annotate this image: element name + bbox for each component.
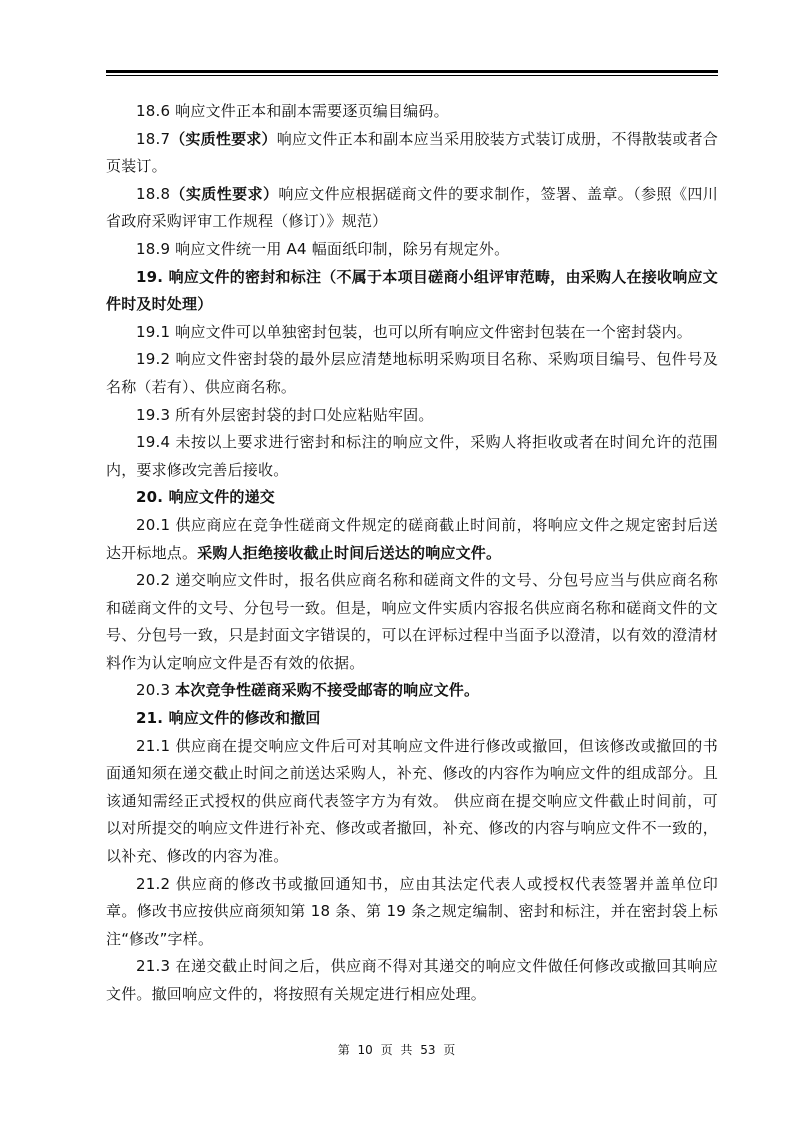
substantive-requirement-label: （实质性要求） [170,130,277,148]
clause-19-3: 19.3 所有外层密封袋的封口处应粘贴牢固。 [106,402,718,430]
clause-18-7: 18.7（实质性要求）响应文件正本和副本应当采用胶装方式装订成册，不得散装或者合… [106,126,718,181]
section-heading-21: 21. 响应文件的修改和撤回 [106,705,718,733]
clause-text: 19.3 所有外层密封袋的封口处应粘贴牢固。 [136,406,434,424]
clause-21-1: 21.1 供应商在提交响应文件后可对其响应文件进行修改或撤回，但该修改或撤回的书… [106,733,718,871]
clause-number: 18.7 [136,130,170,148]
clause-20-3: 20.3 本次竞争性磋商采购不接受邮寄的响应文件。 [106,677,718,705]
clause-number: 18.8 [136,185,170,203]
clause-text: 21.3 在递交截止时间之后，供应商不得对其递交的响应文件做任何修改或撤回其响应… [106,957,718,1003]
heading-text: 19. 响应文件的密封和标注（不属于本项目磋商小组评审范畴，由采购人在接收响应文… [106,268,718,314]
heading-text: 21. 响应文件的修改和撤回 [136,709,321,727]
clause-text: 18.9 响应文件统一用 A4 幅面纸印制，除另有规定外。 [136,240,509,258]
clause-emphasis: 本次竞争性磋商采购不接受邮寄的响应文件。 [175,681,479,699]
header-rule-thin [106,75,718,76]
section-heading-19: 19. 响应文件的密封和标注（不属于本项目磋商小组评审范畴，由采购人在接收响应文… [106,264,718,319]
page-footer: 第 10 页 共 53 页 [0,1041,793,1058]
substantive-requirement-label: （实质性要求） [170,185,278,203]
clause-20-2: 20.2 递交响应文件时，报名供应商名称和磋商文件的文号、分包号应当与供应商名称… [106,567,718,677]
clause-text: 21.1 供应商在提交响应文件后可对其响应文件进行修改或撤回，但该修改或撤回的书… [106,737,718,865]
clause-18-8: 18.8（实质性要求）响应文件应根据磋商文件的要求制作，签署、盖章。（参照《四川… [106,181,718,236]
clause-text: 19.2 响应文件密封袋的最外层应清楚地标明采购项目名称、采购项目编号、包件号及… [106,350,718,396]
clause-18-6: 18.6 响应文件正本和副本需要逐页编目编码。 [106,98,718,126]
clause-21-3: 21.3 在递交截止时间之后，供应商不得对其递交的响应文件做任何修改或撤回其响应… [106,953,718,1008]
clause-number: 20.3 [136,681,175,699]
clause-text: 18.6 响应文件正本和副本需要逐页编目编码。 [136,102,449,120]
clause-text: 21.2 供应商的修改书或撤回通知书，应由其法定代表人或授权代表签署并盖单位印章… [106,875,718,948]
page-number: 第 10 页 共 53 页 [338,1043,456,1057]
clause-19-1: 19.1 响应文件可以单独密封包装，也可以所有响应文件密封包装在一个密封袋内。 [106,319,718,347]
clause-emphasis: 采购人拒绝接收截止时间后送达的响应文件。 [197,544,501,562]
clause-text: 19.1 响应文件可以单独密封包装，也可以所有响应文件密封包装在一个密封袋内。 [136,323,692,341]
clause-20-1: 20.1 供应商应在竞争性磋商文件规定的磋商截止时间前，将响应文件之规定密封后送… [106,512,718,567]
heading-text: 20. 响应文件的递交 [136,488,275,506]
document-body: 18.6 响应文件正本和副本需要逐页编目编码。 18.7（实质性要求）响应文件正… [106,98,718,1009]
clause-text: 20.2 递交响应文件时，报名供应商名称和磋商文件的文号、分包号应当与供应商名称… [106,571,718,672]
clause-text: 19.4 未按以上要求进行密封和标注的响应文件，采购人将拒收或者在时间允许的范围… [106,433,718,479]
header-double-rule [106,70,718,76]
clause-18-9: 18.9 响应文件统一用 A4 幅面纸印制，除另有规定外。 [106,236,718,264]
section-heading-20: 20. 响应文件的递交 [106,484,718,512]
clause-19-2: 19.2 响应文件密封袋的最外层应清楚地标明采购项目名称、采购项目编号、包件号及… [106,346,718,401]
clause-19-4: 19.4 未按以上要求进行密封和标注的响应文件，采购人将拒收或者在时间允许的范围… [106,429,718,484]
clause-21-2: 21.2 供应商的修改书或撤回通知书，应由其法定代表人或授权代表签署并盖单位印章… [106,871,718,954]
